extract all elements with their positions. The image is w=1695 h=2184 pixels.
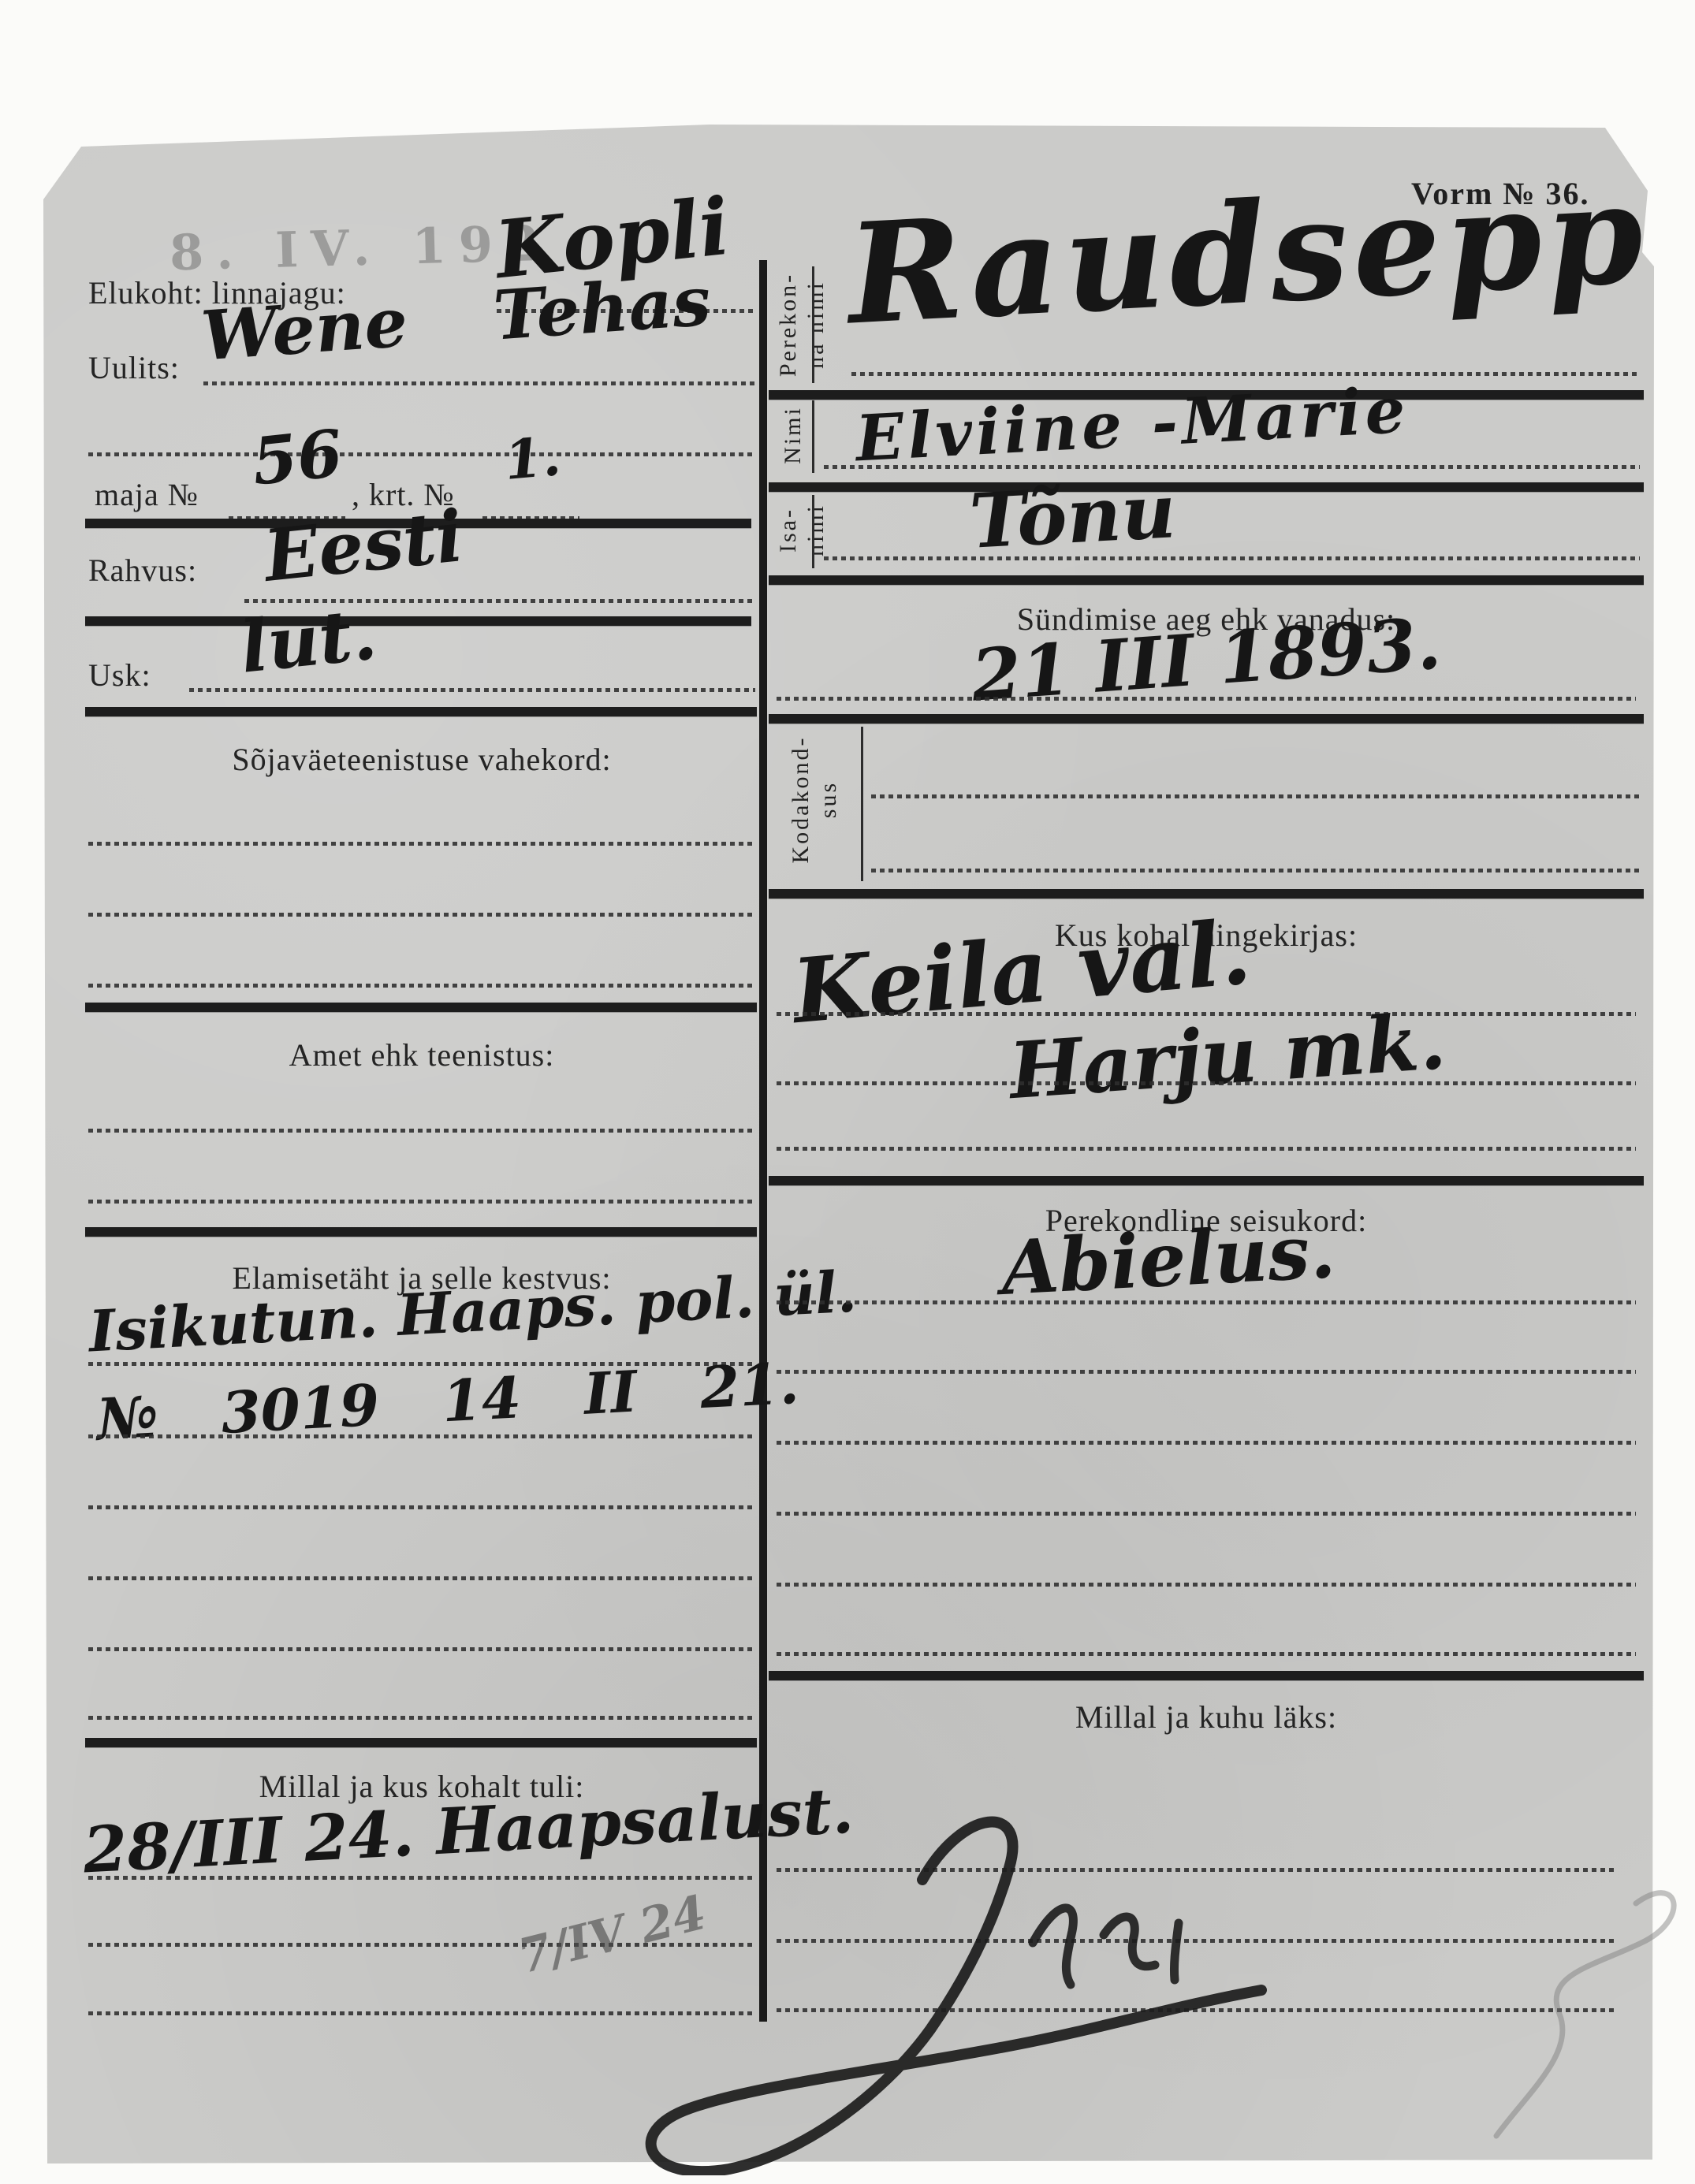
dotted-line bbox=[871, 869, 1640, 872]
uulits-label: Uulits: bbox=[88, 349, 180, 386]
maja-value: 56 bbox=[249, 421, 345, 494]
laks-heading: Millal ja kuhu läks: bbox=[769, 1698, 1644, 1736]
dotted-line bbox=[203, 381, 755, 385]
dotted-line bbox=[851, 372, 1640, 376]
label-rule bbox=[812, 495, 814, 568]
dotted-line bbox=[88, 1505, 755, 1509]
amet-heading: Amet ehk teenistus: bbox=[87, 1036, 757, 1073]
isanimi-value: Tõnu bbox=[968, 474, 1178, 560]
section-rule bbox=[85, 1003, 757, 1012]
section-rule bbox=[85, 1738, 757, 1747]
dotted-line bbox=[777, 1081, 1636, 1085]
dotted-line bbox=[88, 452, 755, 456]
dotted-line bbox=[777, 1300, 1636, 1304]
dotted-line bbox=[777, 1370, 1636, 1374]
dotted-line bbox=[777, 1441, 1636, 1445]
perekonnanimi-value: Raudsepp bbox=[844, 165, 1651, 344]
label-rule bbox=[812, 400, 814, 473]
dotted-line bbox=[777, 1583, 1636, 1587]
isanimi-label: Isa- nimi bbox=[774, 493, 830, 567]
dotted-line bbox=[777, 1652, 1636, 1656]
perekonnanimi-label-line1: Perekon- bbox=[774, 266, 802, 384]
section-rule bbox=[769, 889, 1644, 899]
usk-value: lut. bbox=[237, 598, 380, 683]
dotted-line bbox=[871, 794, 1640, 798]
dotted-line bbox=[88, 913, 755, 917]
pencil-scrawl bbox=[1443, 1860, 1687, 2160]
section-rule bbox=[769, 1176, 1644, 1185]
isanimi-label-line1: Isa- bbox=[774, 493, 802, 567]
dotted-line bbox=[88, 1200, 755, 1204]
section-rule bbox=[769, 1671, 1644, 1680]
usk-label: Usk: bbox=[88, 657, 151, 694]
section-rule bbox=[85, 1227, 757, 1237]
nimi-label: Nimi bbox=[779, 399, 807, 471]
label-rule bbox=[812, 266, 814, 383]
label-rule bbox=[861, 727, 863, 881]
dotted-line bbox=[88, 1129, 755, 1133]
column-divider bbox=[759, 260, 767, 2022]
rahvus-value: Eesti bbox=[261, 500, 466, 592]
rahvus-label: Rahvus: bbox=[88, 552, 197, 589]
kodakondsus-label-line1: Kodakond- bbox=[787, 723, 814, 876]
perekonnanimi-label-line2: na nimi bbox=[802, 266, 829, 384]
dotted-line bbox=[88, 1647, 755, 1651]
dotted-line bbox=[777, 1512, 1636, 1516]
kodakondsus-label-line2: sus bbox=[814, 723, 842, 876]
dotted-line bbox=[824, 465, 1640, 469]
dotted-line bbox=[88, 1576, 755, 1580]
sojavagi-heading: Sõjaväeteenistuse vahekord: bbox=[87, 741, 757, 778]
dotted-line bbox=[777, 1147, 1636, 1151]
dotted-line bbox=[88, 842, 755, 846]
kodakondsus-label: Kodakond- sus bbox=[787, 723, 843, 876]
perekonnanimi-label: Perekon- na nimi bbox=[774, 266, 830, 384]
krt-value: 1. bbox=[502, 430, 563, 488]
seisukord-value: Abielus. bbox=[1000, 1215, 1337, 1306]
dotted-line bbox=[824, 556, 1640, 560]
section-rule bbox=[85, 707, 757, 716]
signature-flourish bbox=[552, 1805, 1301, 2175]
maja-label: maja № bbox=[95, 476, 199, 513]
section-rule bbox=[85, 616, 751, 626]
dotted-line bbox=[189, 688, 755, 692]
section-rule bbox=[769, 714, 1644, 724]
registration-card-scan: 8. IV. 192 Vorm № 36. Elukoht: linnajagu… bbox=[0, 0, 1695, 2184]
dotted-line bbox=[777, 697, 1636, 701]
section-rule bbox=[769, 575, 1644, 585]
dotted-line bbox=[88, 1716, 755, 1720]
dotted-line bbox=[88, 1434, 755, 1438]
dotted-line bbox=[88, 984, 755, 988]
section-rule bbox=[769, 482, 1644, 492]
